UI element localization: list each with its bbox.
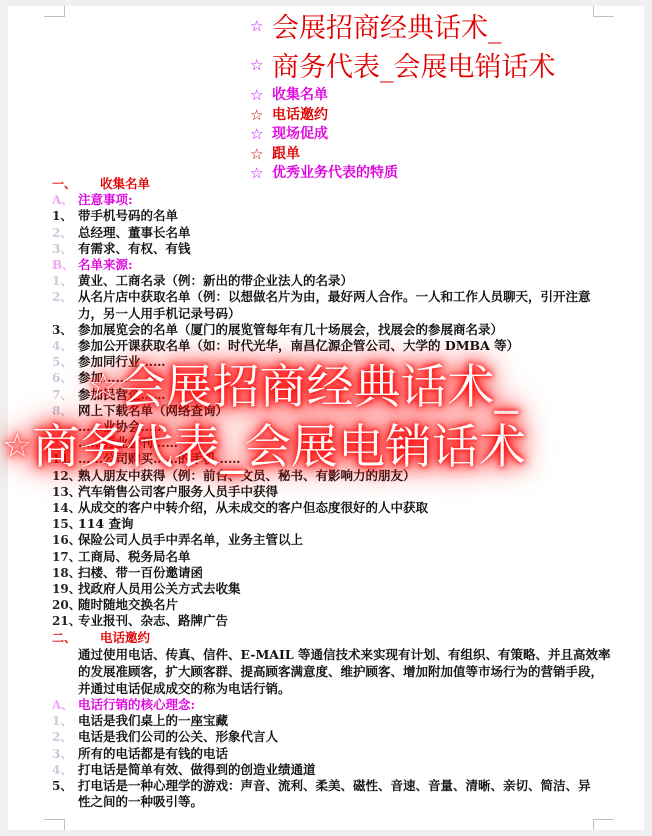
list-item: 6、参加…… (52, 370, 612, 386)
list-item: 15、114 查询 (52, 516, 612, 532)
list-item: 12、熟人朋友中获得（例：前台、文员、秘书、有影响力的朋友） (52, 468, 612, 484)
list-item: 4、参加公开课获取名单（如：时代光华，南昌亿源企管公司、大学的 DMBA 等） (52, 338, 612, 354)
star-icon: ☆ (250, 86, 272, 106)
list-item: 16、保险公司人员手中弄名单，业务主管以上 (52, 532, 612, 548)
list-item: 3、参加展览会的名单（厦门的展览管每年有几十场展会，找展会的参展商名录） (52, 322, 612, 338)
list-item: 18、扫楼、带一百份邀请函 (52, 565, 612, 581)
list-item: 21、专业报刊、杂志、路牌广告 (52, 613, 612, 629)
crop-mark-bottom-left (44, 819, 65, 830)
list-item: 17、工商局、税务局名单 (52, 549, 612, 565)
list-item: 19、找政府人员用公关方式去收集 (52, 581, 612, 597)
list-item: 1、带手机号码的名单 (52, 208, 612, 224)
subheading-core-ideas: A、 电话行销的核心理念: (52, 697, 612, 713)
toc-item-follow-up: ☆ 跟单 (250, 145, 556, 165)
list-item: 7、参加民营企…… (52, 387, 612, 403)
list-item: 3、有需求、有权、有钱 (52, 241, 612, 257)
list-item-continuation: 性之间的一种吸引等。 (52, 794, 612, 810)
list-item: 9、……业协会…… (52, 419, 612, 435)
toc-item-phone-invite: ☆ 电话邀约 (250, 106, 556, 126)
list-item: 5、参加同行业…… (52, 354, 612, 370)
star-icon: ☆ (250, 125, 272, 145)
subheading-notes: A、 注意事项: (52, 192, 612, 208)
star-icon: ☆ (250, 106, 272, 126)
crop-mark-top-right (593, 6, 614, 17)
section-heading-2: 二、 电话邀约 (52, 630, 612, 646)
crop-mark-top-left (44, 6, 65, 17)
list-item: 3、所有的电话都是有钱的电话 (52, 746, 612, 762)
list-item: 2、从名片店中获取名单（例：以想做名片为由，最好两人合作。一人和工作人员聊天，引… (52, 289, 612, 305)
table-of-contents: ☆ 会展招商经典话术_ ☆ 商务代表_会展电销话术 ☆ 收集名单 ☆ 电话邀约 … (250, 8, 556, 184)
list-item: 20、随时随地交换名片 (52, 597, 612, 613)
crop-mark-bottom-right (593, 819, 614, 830)
list-item: 5、打电话是一种心理学的游戏：声音、流利、柔美、磁性、音速、音量、清晰、亲切、简… (52, 778, 612, 794)
list-item-continuation: 力，另一人用手机记录号码） (52, 306, 612, 322)
list-item: 2、电话是我们公司的公关、形象代言人 (52, 729, 612, 745)
list-item: 8、网上下载名单（网络查询） (52, 403, 612, 419)
list-item: 13、汽车销售公司客户服务人员手中获得 (52, 484, 612, 500)
subheading-sources: B、 名单来源: (52, 257, 612, 273)
list-item: 11、……公司购买……的手机…… (52, 451, 612, 467)
list-item: 14、从成交的客户中转介绍，从未成交的客户但态度很好的人中获取 (52, 500, 612, 516)
toc-item-onsite-close: ☆ 现场促成 (250, 125, 556, 145)
star-icon: ☆ (250, 145, 272, 165)
toc-item-collect-list: ☆ 收集名单 (250, 86, 556, 106)
list-item: 1、电话是我们桌上的一座宝藏 (52, 713, 612, 729)
section-paragraph: 通过使用电话、传真、信件、E-MAIL 等通信技术来实现有计划、有组织、有策略、… (52, 646, 612, 697)
document-body: 一、 收集名单 A、 注意事项: 1、带手机号码的名单 2、总经理、董事长名单 … (52, 176, 612, 810)
list-item: 4、打电话是简单有效、做得到的创造业绩通道 (52, 762, 612, 778)
doc-title-line-2: ☆ 商务代表_会展电销话术 (250, 47, 556, 86)
list-item: 10、……行业会刊…… (52, 435, 612, 451)
section-heading-1: 一、 收集名单 (52, 176, 612, 192)
list-item: 2、总经理、董事长名单 (52, 225, 612, 241)
star-icon: ☆ (250, 8, 272, 45)
star-icon: ☆ (250, 47, 272, 84)
list-item: 1、黄业、工商名录（例：新出的带企业法人的名录） (52, 273, 612, 289)
doc-title-line-1: ☆ 会展招商经典话术_ (250, 8, 556, 47)
